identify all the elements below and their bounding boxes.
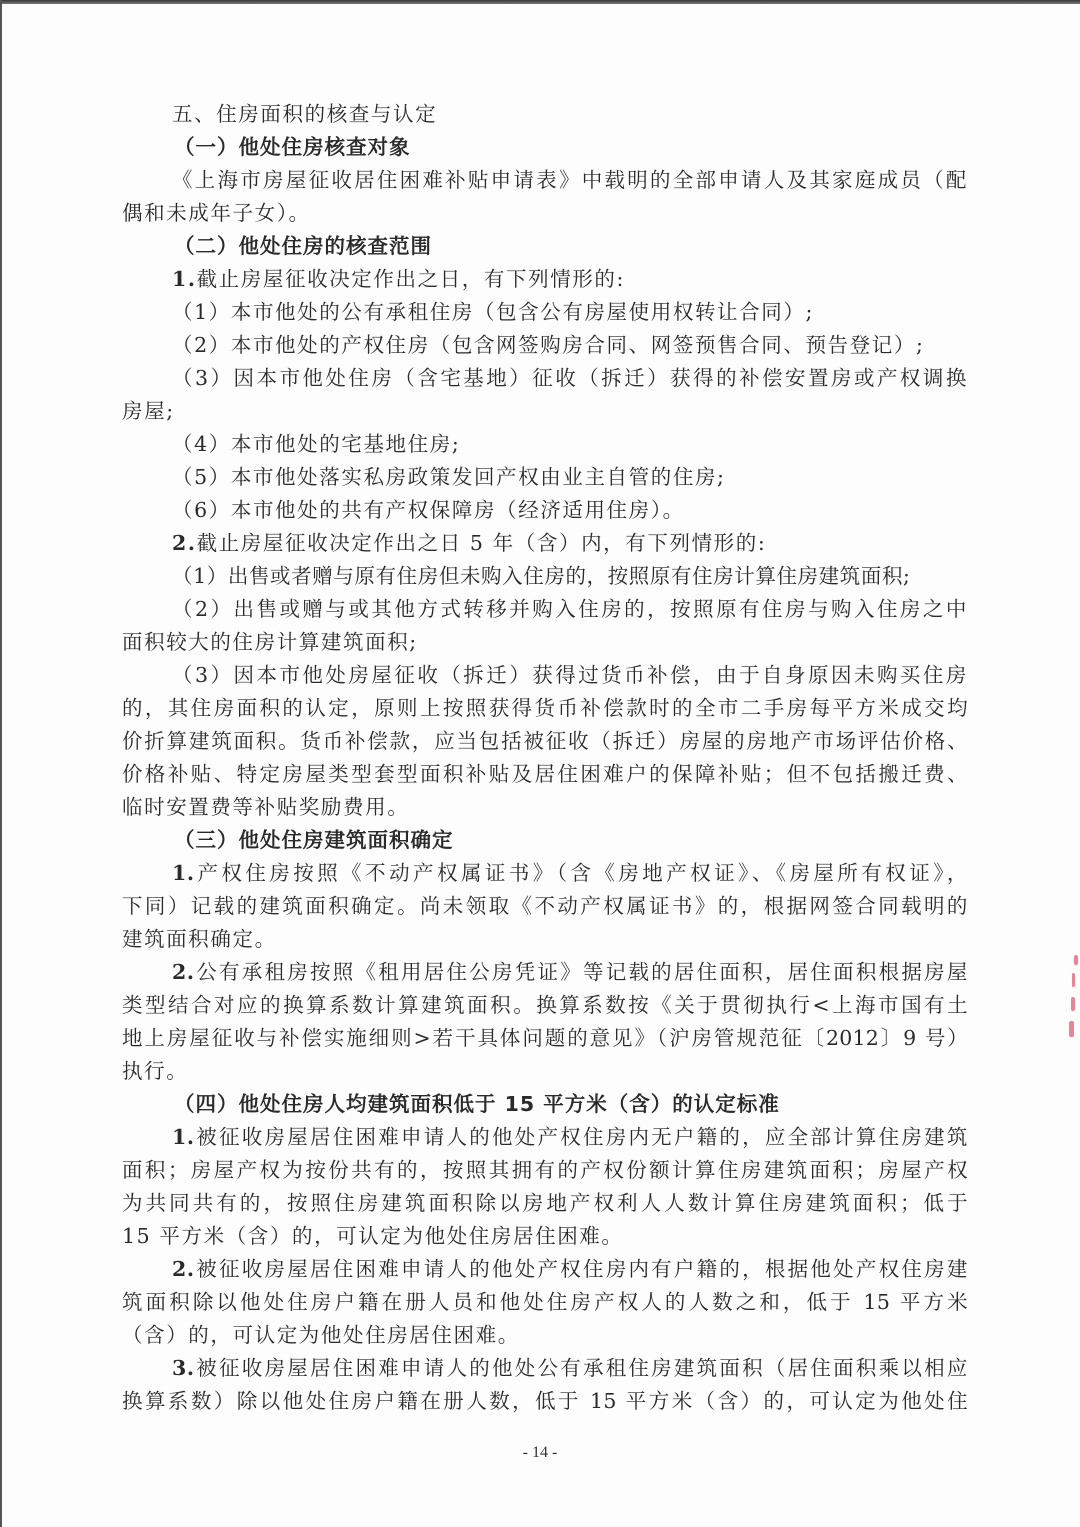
item-line-continued: 执行。 [122, 1055, 968, 1088]
list-item-continued: 价折算建筑面积。货币补偿款，应当包括被征收（拆迁）房屋的房地产市场评估价格、 [122, 725, 968, 758]
paragraph-line: 《上海市房屋征收居住困难补贴申请表》中载明的全部申请人及其家庭成员（配 [122, 164, 968, 197]
item-line: 2.公有承租房按照《租用居住公房凭证》等记载的居住面积，居住面积根据房屋 [122, 956, 968, 989]
item-number: 1. [172, 267, 197, 291]
list-item: （1）本市他处的公有承租住房（包含公有房屋使用权转让合同）; [122, 296, 968, 329]
list-item-continued: 面积较大的住房计算建筑面积; [122, 626, 968, 659]
list-item-continued: 房屋; [122, 395, 968, 428]
list-item: （1）出售或者赠与原有住房但未购入住房的，按照原有住房计算住房建筑面积; [122, 560, 968, 593]
list-item-continued: 临时安置费等补贴奖励费用。 [122, 791, 968, 824]
item-line-continued: 15 平方米（含）的，可认定为他处住房居住困难。 [122, 1220, 968, 1253]
list-item: （5）本市他处落实私房政策发回产权由业主自管的住房; [122, 461, 968, 494]
document-page: 五、住房面积的核查与认定 （一）他处住房核查对象 《上海市房屋征收居住困难补贴申… [122, 98, 968, 1418]
list-item-continued: 的，其住房面积的认定，原则上按照获得货币补偿款时的全市二手房每平方米成交均 [122, 692, 968, 725]
page-number: - 14 - [0, 1444, 1080, 1462]
item-line: 1.被征收房屋居住困难申请人的他处产权住房内无户籍的，应全部计算住房建筑 [122, 1121, 968, 1154]
item-text: 产权住房按照《不动产权属证书》（含《房地产权证》、《房屋所有权证》， [195, 861, 968, 885]
item-line-continued: 下同）记载的建筑面积确定。尚未领取《不动产权属证书》的，根据网签合同载明的 [122, 890, 968, 923]
item-number: 2. [172, 531, 197, 555]
subsection-heading-4: （四）他处住房人均建筑面积低于 15 平方米（含）的认定标准 [122, 1088, 968, 1121]
list-item: （3）因本市他处房屋征收（拆迁）获得过货币补偿，由于自身原因未购买住房 [122, 659, 968, 692]
item-line-continued: 类型结合对应的换算系数计算建筑面积。换算系数按《关于贯彻执行<上海市国有土 [122, 989, 968, 1022]
item-text: 被征收房屋居住困难申请人的他处产权住房内无户籍的，应全部计算住房建筑 [195, 1125, 968, 1149]
list-item: （2）本市他处的产权住房（包含网签购房合同、网签预售合同、预告登记）; [122, 329, 968, 362]
item-number: 2. [172, 960, 195, 984]
item-line-continued: （含）的，可认定为他处住房居住困难。 [122, 1319, 968, 1352]
list-item-continued: 价格补贴、特定房屋类型套型面积补贴及居住困难户的保障补贴；但不包括搬迁费、 [122, 758, 968, 791]
item-text: 公有承租房按照《租用居住公房凭证》等记载的居住面积，居住面积根据房屋 [195, 960, 968, 984]
list-item: （6）本市他处的共有产权保障房（经济适用住房）。 [122, 494, 968, 527]
list-item: （4）本市他处的宅基地住房; [122, 428, 968, 461]
item-line: 1.产权住房按照《不动产权属证书》（含《房地产权证》、《房屋所有权证》， [122, 857, 968, 890]
subsection-heading-2: （二）他处住房的核查范围 [122, 230, 968, 263]
scan-top-edge [0, 0, 1080, 4]
item-line-continued: 面积；房屋产权为按份共有的，按照其拥有的产权份额计算住房建筑面积；房屋产权 [122, 1154, 968, 1187]
item-line: 2.被征收房屋居住困难申请人的他处产权住房内有户籍的，根据他处产权住房建 [122, 1253, 968, 1286]
item-number: 1. [172, 861, 195, 885]
section-title: 五、住房面积的核查与认定 [122, 98, 968, 131]
item-line-continued: 换算系数）除以他处住房户籍在册人数，低于 15 平方米（含）的，可认定为他处住 [122, 1385, 968, 1418]
item-number: 1. [172, 1125, 195, 1149]
item-line-continued: 筑面积除以他处住房户籍在册人员和他处住房产权人的人数之和，低于 15 平方米 [122, 1286, 968, 1319]
paragraph-line: 偶和未成年子女）。 [122, 197, 968, 230]
item-number: 3. [172, 1356, 195, 1380]
item-line: 2.截止房屋征收决定作出之日 5 年（含）内，有下列情形的: [122, 527, 968, 560]
subsection-heading-1: （一）他处住房核查对象 [122, 131, 968, 164]
item-line: 1.截止房屋征收决定作出之日，有下列情形的: [122, 263, 968, 296]
item-text: 截止房屋征收决定作出之日 5 年（含）内，有下列情形的: [197, 531, 767, 555]
red-seal-fragment [1066, 955, 1080, 1050]
item-line-continued: 为共同共有的，按照住房建筑面积除以房地产权利人人数计算住房建筑面积；低于 [122, 1187, 968, 1220]
list-item: （3）因本市他处住房（含宅基地）征收（拆迁）获得的补偿安置房或产权调换 [122, 362, 968, 395]
item-text: 被征收房屋居住困难申请人的他处公有承租住房建筑面积（居住面积乘以相应 [195, 1356, 968, 1380]
item-text: 被征收房屋居住困难申请人的他处产权住房内有户籍的，根据他处产权住房建 [195, 1257, 968, 1281]
item-line-continued: 地上房屋征收与补偿实施细则>若干具体问题的意见》（沪房管规范征〔2012〕9 号… [122, 1022, 968, 1055]
item-line-continued: 建筑面积确定。 [122, 923, 968, 956]
list-item: （2）出售或赠与或其他方式转移并购入住房的，按照原有住房与购入住房之中 [122, 593, 968, 626]
item-text: 截止房屋征收决定作出之日，有下列情形的: [197, 267, 625, 291]
item-line: 3.被征收房屋居住困难申请人的他处公有承租住房建筑面积（居住面积乘以相应 [122, 1352, 968, 1385]
subsection-heading-3: （三）他处住房建筑面积确定 [122, 824, 968, 857]
scan-left-edge [0, 0, 2, 1527]
item-number: 2. [172, 1257, 195, 1281]
